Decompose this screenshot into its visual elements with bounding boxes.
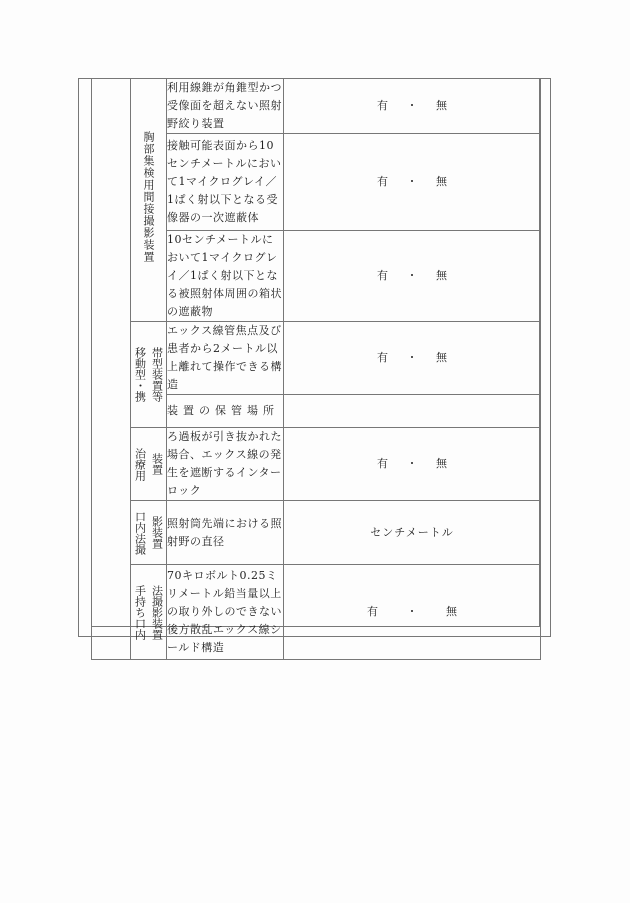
no-option[interactable]: 無 (436, 455, 506, 473)
item-description: 利用線錐が角錐型かつ受像面を超えない照射野絞り装置 (167, 79, 284, 134)
category-label-part: 帯型装置等 (151, 347, 164, 402)
diameter-field[interactable]: センチメートル (284, 501, 541, 565)
item-description: 10センチメートルにおいて1マイクログレイ／1ぱく射以下となる被照射体周囲の箱状… (167, 231, 284, 322)
unit-label: センチメートル (370, 526, 454, 539)
item-description: 接触可能表面から10センチメートルにおいて1マイクログレイ／1ぱく射以下となる受… (167, 134, 284, 231)
no-option[interactable]: 無 (436, 349, 506, 367)
yes-option[interactable]: 有 (318, 267, 388, 285)
category-label-part: 影装置 (151, 511, 164, 555)
table-row: 口内法撮 影装置 照射筒先端における照射野の直径 センチメートル (92, 501, 541, 565)
item-description: エックス線管焦点及び患者から2メートル以上離れて操作できる構造 (167, 322, 284, 395)
yes-option[interactable]: 有 (288, 603, 378, 621)
yes-no-field[interactable]: 有 ・ 無 (284, 565, 541, 660)
table-row: 胸部集検用間接撮影装置 利用線錐が角錐型かつ受像面を超えない照射野絞り装置 有 … (92, 79, 541, 134)
item-description: 70キロボルト0.25ミリメートル鉛当量以上の取り外しのできない後方散乱エックス… (167, 565, 284, 660)
no-option[interactable]: 無 (446, 603, 536, 621)
no-option[interactable]: 無 (436, 97, 506, 115)
separator: ・ (388, 97, 436, 115)
separator: ・ (378, 603, 446, 621)
category-label-part: 手持ち口内 (134, 585, 147, 640)
no-option[interactable]: 無 (436, 267, 506, 285)
category-label-part: 口内法撮 (134, 511, 147, 555)
category-label-part: 移動型・携 (134, 347, 147, 402)
item-description: 装置の保管場所 (167, 395, 284, 428)
category-therapy-device: 治療用 装置 (131, 428, 167, 501)
separator: ・ (388, 267, 436, 285)
item-description: ろ過板が引き抜かれた場合、エックス線の発生を遮断するインターロック (167, 428, 284, 501)
yes-no-field[interactable]: 有 ・ 無 (284, 231, 541, 322)
equipment-table: 胸部集検用間接撮影装置 利用線錐が角錐型かつ受像面を超えない照射野絞り装置 有 … (91, 78, 541, 660)
yes-option[interactable]: 有 (318, 97, 388, 115)
category-label-part: 装置 (151, 448, 164, 481)
table-row: 手持ち口内 法撮影装置 70キロボルト0.25ミリメートル鉛当量以上の取り外しの… (92, 565, 541, 660)
yes-no-field[interactable]: 有 ・ 無 (284, 79, 541, 134)
yes-no-field[interactable]: 有 ・ 無 (284, 322, 541, 395)
category-handheld-intraoral-device: 手持ち口内 法撮影装置 (131, 565, 167, 660)
separator: ・ (388, 173, 436, 191)
separator: ・ (388, 455, 436, 473)
table-row: 治療用 装置 ろ過板が引き抜かれた場合、エックス線の発生を遮断するインターロック… (92, 428, 541, 501)
yes-option[interactable]: 有 (318, 455, 388, 473)
storage-location-field[interactable] (284, 395, 541, 428)
yes-option[interactable]: 有 (318, 349, 388, 367)
item-description: 照射筒先端における照射野の直径 (167, 501, 284, 565)
category-label-part: 法撮影装置 (151, 585, 164, 640)
yes-option[interactable]: 有 (318, 173, 388, 191)
separator: ・ (388, 349, 436, 367)
yes-no-field[interactable]: 有 ・ 無 (284, 428, 541, 501)
no-option[interactable]: 無 (436, 173, 506, 191)
category-label-part: 治療用 (134, 448, 147, 481)
yes-no-field[interactable]: 有 ・ 無 (284, 134, 541, 231)
table-row: 移動型・携 帯型装置等 エックス線管焦点及び患者から2メートル以上離れて操作でき… (92, 322, 541, 395)
category-chest-indirect-radiography: 胸部集検用間接撮影装置 (131, 79, 167, 322)
category-label: 胸部集検用間接撮影装置 (142, 131, 155, 263)
blank-left-column (92, 79, 131, 660)
category-mobile-portable: 移動型・携 帯型装置等 (131, 322, 167, 428)
category-intraoral-device: 口内法撮 影装置 (131, 501, 167, 565)
